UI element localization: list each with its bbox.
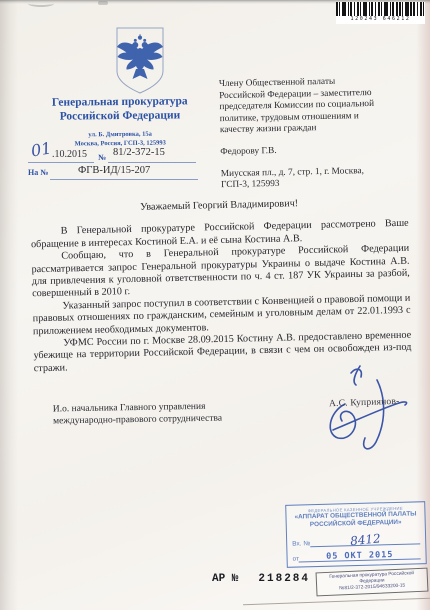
handwritten-incoming-number: 8412: [349, 532, 381, 549]
scan-artifact-line: [243, 598, 430, 606]
ar-registration-number: АР №218284: [212, 573, 310, 585]
body-paragraph: Сообщаю, что в Генеральной прокуратуре Р…: [31, 243, 410, 301]
prosecutor-registration-stamp: Генеральная прокуратура Российской Федер…: [316, 568, 429, 597]
signer-position-line2: международно-правового сотрудничества: [53, 413, 222, 427]
recipient-block: Члену Общественной палаты Российской Фед…: [219, 75, 427, 192]
scanned-letter-page: 120243 646212 Генеральная прокуратура Ро…: [0, 0, 430, 610]
form-line: [108, 161, 196, 163]
scan-artifact: [98, 1, 108, 5]
signer-position: И.о. начальника Главного управления межд…: [53, 402, 222, 428]
incoming-number-label: Вх. №: [292, 540, 310, 547]
letter-body: Уважаемый Георгий Владимирович! В Генера…: [30, 196, 412, 376]
form-line: [50, 178, 198, 180]
printed-date: .10.2015: [52, 149, 87, 160]
incoming-registration-stamp: ФЕДЕРАЛЬНОЕ КАЗЕННОЕ УЧРЕЖДЕНИЕ «АППАРАТ…: [285, 501, 427, 568]
coat-of-arms-icon: [111, 23, 169, 97]
form-line: [28, 161, 94, 163]
incoming-date-stamp: 05 ОКТ 2015: [326, 550, 394, 562]
reference-number-value: ФГВ-ИД/15-207: [78, 165, 150, 176]
salutation: Уважаемый Георгий Владимирович!: [30, 196, 408, 217]
barcode-digits: 120243 646212: [336, 16, 425, 23]
outgoing-number-value: 81/2-372-15: [113, 147, 165, 158]
ar-value: 218284: [258, 573, 310, 585]
barcode: 120243 646212: [336, 2, 425, 24]
org-name-line2: Российской Федерации: [16, 108, 224, 124]
reference-number-label: На №: [28, 168, 48, 177]
ar-label: АР №: [212, 573, 238, 585]
scan-artifact: [28, 0, 54, 7]
recipient-name: Федорову Г.В.: [220, 143, 426, 159]
outgoing-number-label: №: [98, 153, 106, 162]
barcode-bars-icon: [336, 2, 425, 16]
handwritten-date: 01: [30, 138, 53, 160]
